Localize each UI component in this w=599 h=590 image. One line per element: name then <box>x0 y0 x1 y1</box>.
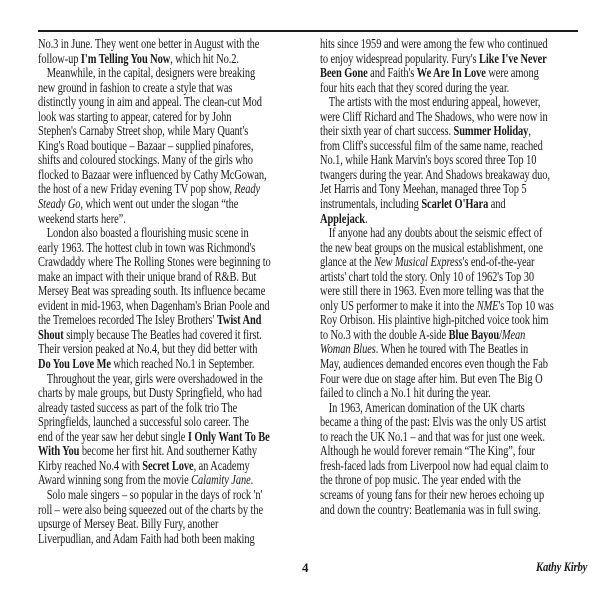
text-run: Roy Orbison. His plaintive high-pitched … <box>320 312 548 327</box>
text-line: Mersey Beat was spreading south. Its inf… <box>38 284 294 299</box>
text-line: No.3 in June. They went one better in Au… <box>38 37 294 52</box>
text-line: May, audiences demanded encores even tho… <box>320 357 578 372</box>
text-run: Four were due on stage after him. But ev… <box>320 371 543 386</box>
text-line: became a thing of the past: Elvis was th… <box>320 415 578 430</box>
text-line: the throne of pop music. The year ended … <box>320 473 578 488</box>
text-run: look was starting to appear, catered for… <box>38 109 231 124</box>
text-line: and down the country: Beatlemania was in… <box>320 503 578 518</box>
text-line: Four were due on stage after him. But ev… <box>320 372 578 387</box>
song-title: Like I've Never <box>479 51 547 66</box>
song-title: I Only Want To Be <box>188 429 270 444</box>
text-run: Mersey Beat was spreading south. Its inf… <box>38 283 265 298</box>
song-title: I'm Telling You Now <box>81 51 170 66</box>
text-line: new ground in fashion to create a style … <box>38 81 294 96</box>
top-rule <box>38 30 578 32</box>
text-line: end of the year saw her debut single I O… <box>38 430 294 445</box>
song-title: Twist And <box>217 312 262 327</box>
text-run: hits since 1959 and were among the few w… <box>320 36 548 51</box>
text-line: Applejack. <box>320 212 578 227</box>
text-run: instrumentals, including <box>320 196 421 211</box>
text-line: Woman Blues. When he toured with The Bea… <box>320 342 578 357</box>
text-line: early 1963. The hottest club in town was… <box>38 241 294 256</box>
song-title: Shout <box>38 327 64 342</box>
text-line: four hits each that they scored during t… <box>320 81 578 96</box>
text-run: shifts and coloured stockings. Many of t… <box>38 152 253 167</box>
right-column: hits since 1959 and were among the few w… <box>320 37 578 517</box>
text-run: King's Road boutique – Bazaar – supplied… <box>38 138 253 153</box>
page-number: 4 <box>302 560 309 576</box>
text-line: the host of a new Friday evening TV pop … <box>38 182 294 197</box>
text-line: only US performer to make it into the NM… <box>320 299 578 314</box>
text-run: the Tremeloes recorded The Isley Brother… <box>38 312 217 327</box>
text-run: May, audiences demanded encores even tho… <box>320 356 548 371</box>
text-run: 's Top 10 was <box>498 298 553 313</box>
text-line: screams of young fans for their new hero… <box>320 488 578 503</box>
text-run: Jet Harris and Tony Meehan, managed thre… <box>320 181 527 196</box>
text-run: , which hit No.2. <box>170 51 239 66</box>
text-run: The artists with the most enduring appea… <box>329 94 541 109</box>
text-line: Meanwhile, in the capital, designers wer… <box>38 66 303 81</box>
song-title: Secret Love <box>142 458 193 473</box>
italic-title: Steady Go <box>38 196 80 211</box>
text-run: flocked to Bazaar were influenced by Cat… <box>38 167 267 182</box>
italic-title: Mean <box>502 327 525 342</box>
song-title: Been Gone <box>320 65 368 80</box>
text-line: Been Gone and Faith's We Are In Love wer… <box>320 66 578 81</box>
text-line: Their version peaked at No.4, but they d… <box>38 342 294 357</box>
text-line: follow-up I'm Telling You Now, which hit… <box>38 52 294 67</box>
text-run: become her first hit. And southerner Kat… <box>79 443 257 458</box>
text-run: became a thing of the past: Elvis was th… <box>320 414 546 429</box>
italic-title: Ready <box>234 181 260 196</box>
italic-title: NME <box>477 298 499 313</box>
text-run: , which went out under the slogan “the <box>80 196 238 211</box>
text-line: With You become her first hit. And south… <box>38 444 294 459</box>
text-line: Throughout the year, girls were overshad… <box>38 372 303 387</box>
text-line: instrumentals, including Scarlet O'Hara … <box>320 197 578 212</box>
text-run: Springfields, launched a successful solo… <box>38 414 249 429</box>
text-line: hits since 1959 and were among the few w… <box>320 37 578 52</box>
text-run: glance at the <box>320 254 374 269</box>
text-run: failed to clinch a No.1 hit during the y… <box>320 385 491 400</box>
text-line: were still there in 1963. Even more tell… <box>320 284 578 299</box>
text-line: shifts and coloured stockings. Many of t… <box>38 153 294 168</box>
text-line: to No.3 with the double A-side Blue Bayo… <box>320 328 578 343</box>
text-run: Their version peaked at No.4, but they d… <box>38 341 257 356</box>
text-run: and Faith's <box>368 65 417 80</box>
song-title: Summer Holiday <box>453 123 528 138</box>
text-run: follow-up <box>38 51 81 66</box>
left-column: No.3 in June. They went one better in Au… <box>38 37 294 546</box>
text-line: their sixth year of chart success. Summe… <box>320 124 578 139</box>
text-run: Meanwhile, in the capital, designers wer… <box>47 65 255 80</box>
text-run: the new beat groups on the musical estab… <box>320 240 543 255</box>
text-line: Steady Go, which went out under the slog… <box>38 197 294 212</box>
text-run: Award winning song from the movie <box>38 472 191 487</box>
italic-title: New Musical Express <box>374 254 462 269</box>
text-line: twangers during the year. And Shadows br… <box>320 168 578 183</box>
text-line: the Tremeloes recorded The Isley Brother… <box>38 313 294 328</box>
text-run: In 1963, American domination of the UK c… <box>329 400 525 415</box>
text-run: Throughout the year, girls were overshad… <box>47 371 263 386</box>
text-run: Although he would forever remain “The Ki… <box>320 443 535 458</box>
running-footer: Kathy Kirby <box>536 559 587 575</box>
italic-title: Calamity Jane <box>191 472 250 487</box>
text-run: , <box>528 123 531 138</box>
text-run: . When he toured with The Beatles in <box>376 341 528 356</box>
text-line: were Cliff Richard and The Shadows, who … <box>320 110 578 125</box>
text-run: If anyone had any doubts about the seism… <box>329 225 543 240</box>
text-run: the host of a new Friday evening TV pop … <box>38 181 234 196</box>
text-run: roll – were also being squeezed out of t… <box>38 502 263 517</box>
text-line: artists' chart told the story. Only 10 o… <box>320 270 578 285</box>
song-title: Scarlet O'Hara <box>421 196 488 211</box>
text-run: and <box>488 196 505 211</box>
text-line: No.1, while Hank Marvin's boys scored th… <box>320 153 578 168</box>
text-run: and down the country: Beatlemania was in… <box>320 502 541 517</box>
song-title: With You <box>38 443 79 458</box>
text-line: the new beat groups on the musical estab… <box>320 241 578 256</box>
text-line: Jet Harris and Tony Meehan, managed thre… <box>320 182 578 197</box>
text-run: No.3 in June. They went one better in Au… <box>38 36 259 51</box>
song-title: Do You Love Me <box>38 356 111 371</box>
text-line: London also boasted a flourishing music … <box>38 226 303 241</box>
text-line: Springfields, launched a successful solo… <box>38 415 294 430</box>
text-run: screams of young fans for their new hero… <box>320 487 544 502</box>
text-run: new ground in fashion to create a style … <box>38 80 232 95</box>
text-run: the throne of pop music. The year ended … <box>320 472 521 487</box>
text-line: upsurge of Mersey Beat. Billy Fury, anot… <box>38 517 294 532</box>
text-line: If anyone had any doubts about the seism… <box>320 226 587 241</box>
text-run: distinctly young in aim and appeal. The … <box>38 94 262 109</box>
text-line: evident in mid-1963, when Dagenham's Bri… <box>38 299 294 314</box>
text-run: their sixth year of chart success. <box>320 123 453 138</box>
song-title: Applejack <box>320 211 365 226</box>
song-title: We Are In Love <box>417 65 486 80</box>
text-line: from Cliff's successful film of the same… <box>320 139 578 154</box>
text-run: Stephen's Carnaby Street shop, while Mar… <box>38 123 248 138</box>
text-line: Although he would forever remain “The Ki… <box>320 444 578 459</box>
text-run: London also boasted a flourishing music … <box>47 225 249 240</box>
text-run: , an Academy <box>194 458 250 473</box>
text-line: Stephen's Carnaby Street shop, while Mar… <box>38 124 294 139</box>
text-line: make an impact with their unique brand o… <box>38 270 294 285</box>
text-run: twangers during the year. And Shadows br… <box>320 167 550 182</box>
text-run: No.1, while Hank Marvin's boys scored th… <box>320 152 536 167</box>
text-run: Crawdaddy where The Rolling Stones were … <box>38 254 271 269</box>
italic-title: Woman Blues <box>320 341 376 356</box>
text-run: to No.3 with the double A-side <box>320 327 449 342</box>
text-run: end of the year saw her debut single <box>38 429 188 444</box>
text-line: fresh-faced lads from Liverpool now had … <box>320 459 578 474</box>
text-line: King's Road boutique – Bazaar – supplied… <box>38 139 294 154</box>
text-line: failed to clinch a No.1 hit during the y… <box>320 386 578 401</box>
text-run: four hits each that they scored during t… <box>320 80 509 95</box>
text-run: only US performer to make it into the <box>320 298 477 313</box>
text-line: Solo male singers – so popular in the da… <box>38 488 303 503</box>
text-run: were among <box>486 65 539 80</box>
text-line: Liverpudlian, and Adam Faith had both be… <box>38 532 294 547</box>
text-run: to reach the UK No.1 – and that was for … <box>320 429 545 444</box>
text-run: 's end-of-the-year <box>463 254 535 269</box>
text-line: In 1963, American domination of the UK c… <box>320 401 587 416</box>
text-run: Solo male singers – so popular in the da… <box>47 487 263 502</box>
text-run: which reached No.1 in September. <box>111 356 254 371</box>
text-line: Roy Orbison. His plaintive high-pitched … <box>320 313 578 328</box>
text-run: evident in mid-1963, when Dagenham's Bri… <box>38 298 270 313</box>
song-title: Blue Bayou <box>449 327 499 342</box>
text-run: upsurge of Mersey Beat. Billy Fury, anot… <box>38 516 218 531</box>
text-line: Award winning song from the movie Calami… <box>38 473 294 488</box>
text-line: Crawdaddy where The Rolling Stones were … <box>38 255 294 270</box>
text-line: charts by male groups, but Dusty Springf… <box>38 386 294 401</box>
text-run: weekend starts here”. <box>38 211 126 226</box>
text-run: already tasted success as part of the fo… <box>38 400 237 415</box>
text-run: simply because The Beatles had covered i… <box>64 327 262 342</box>
text-run: early 1963. The hottest club in town was… <box>38 240 255 255</box>
text-run: Liverpudlian, and Adam Faith had both be… <box>38 531 255 546</box>
text-line: roll – were also being squeezed out of t… <box>38 503 294 518</box>
text-run: fresh-faced lads from Liverpool now had … <box>320 458 548 473</box>
text-run: artists' chart told the story. Only 10 o… <box>320 269 534 284</box>
text-line: The artists with the most enduring appea… <box>320 95 587 110</box>
text-run: charts by male groups, but Dusty Springf… <box>38 385 262 400</box>
text-run: were still there in 1963. Even more tell… <box>320 283 544 298</box>
text-run: . <box>365 211 368 226</box>
text-line: Shout simply because The Beatles had cov… <box>38 328 294 343</box>
text-line: already tasted success as part of the fo… <box>38 401 294 416</box>
text-line: Kirby reached No.4 with Secret Love, an … <box>38 459 294 474</box>
text-run: to enjoy widespread popularity. Fury's <box>320 51 479 66</box>
text-run: make an impact with their unique brand o… <box>38 269 256 284</box>
text-run: from Cliff's successful film of the same… <box>320 138 543 153</box>
text-run: . <box>251 472 254 487</box>
text-line: Do You Love Me which reached No.1 in Sep… <box>38 357 294 372</box>
text-line: glance at the New Musical Express's end-… <box>320 255 578 270</box>
text-line: flocked to Bazaar were influenced by Cat… <box>38 168 294 183</box>
text-line: distinctly young in aim and appeal. The … <box>38 95 294 110</box>
text-line: look was starting to appear, catered for… <box>38 110 294 125</box>
text-line: to reach the UK No.1 – and that was for … <box>320 430 578 445</box>
text-run: were Cliff Richard and The Shadows, who … <box>320 109 548 124</box>
text-run: Kirby reached No.4 with <box>38 458 142 473</box>
text-line: weekend starts here”. <box>38 212 294 227</box>
text-line: to enjoy widespread popularity. Fury's L… <box>320 52 578 67</box>
